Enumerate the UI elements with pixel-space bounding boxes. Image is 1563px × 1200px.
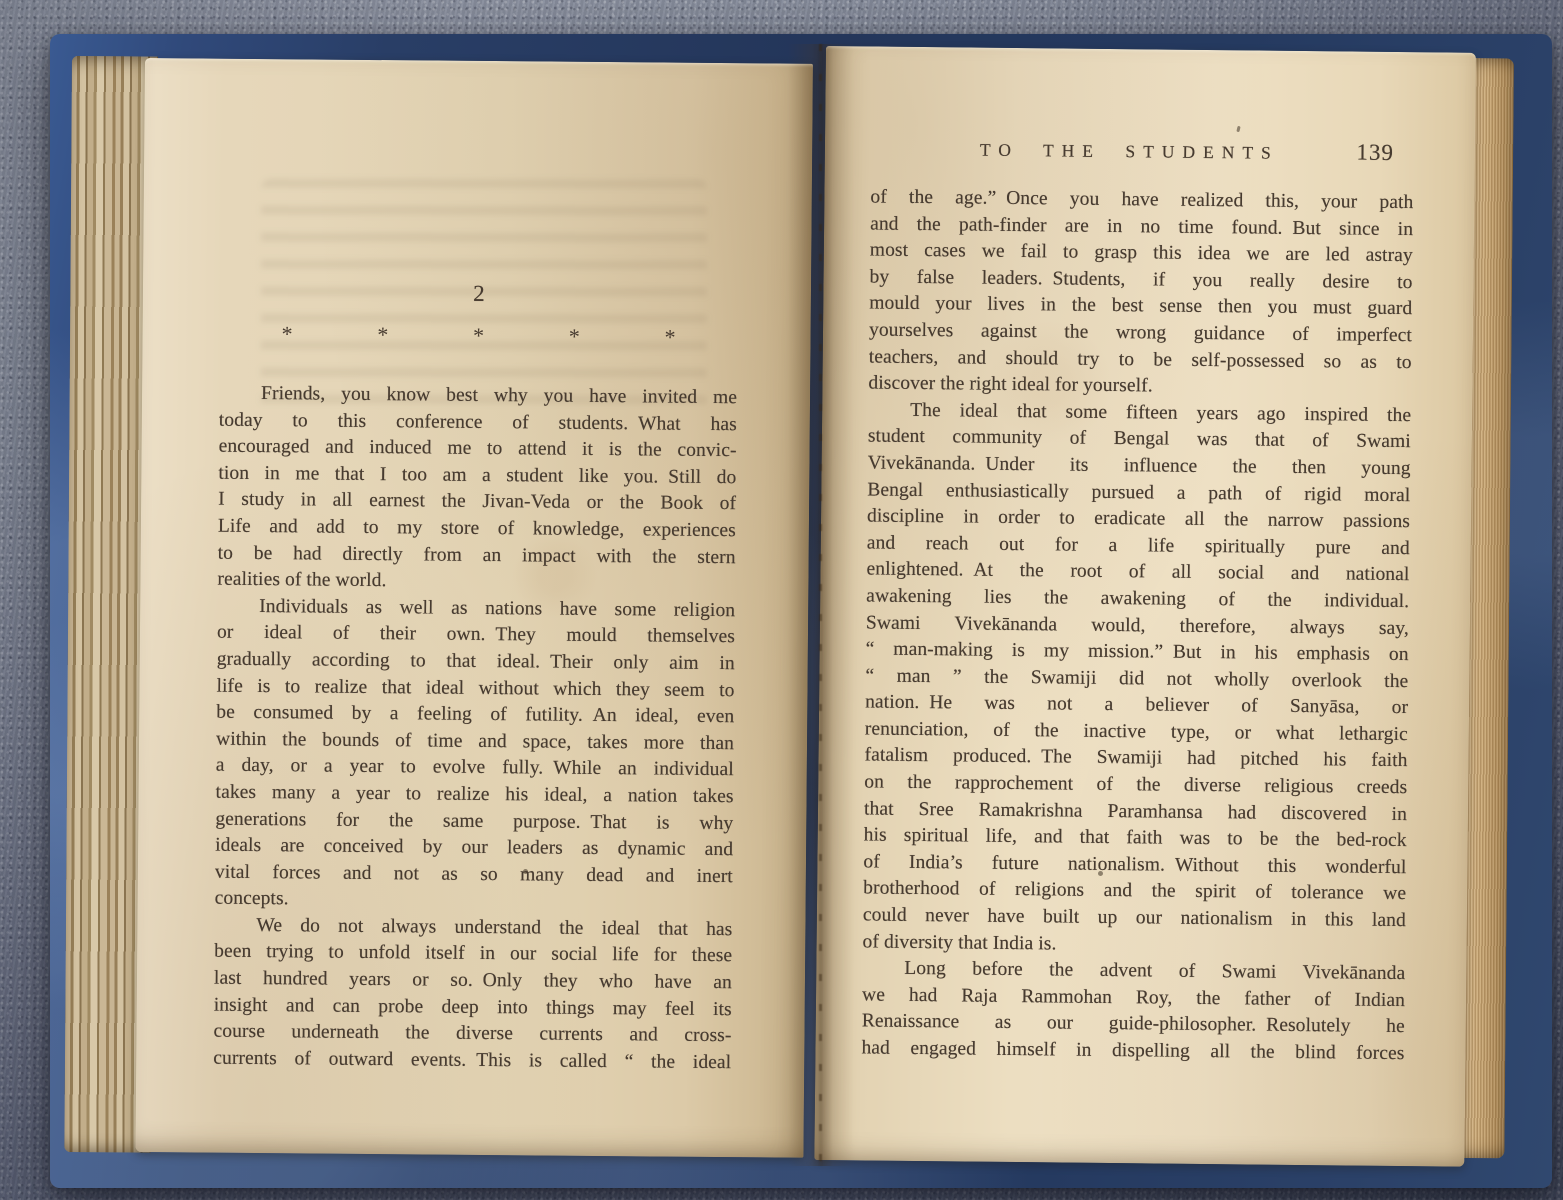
asterisk: * [281, 321, 292, 347]
text-line: currents of outward events. This is call… [213, 1045, 731, 1076]
ink-speck [523, 869, 528, 874]
paragraph: Individuals as well as nations have some… [215, 593, 736, 917]
text-line: Life and add to my store of knowledge, e… [218, 514, 736, 545]
text-line: Friends, you know best why you have invi… [219, 381, 737, 412]
right-page-text: of the age.” Once you have realized this… [861, 184, 1413, 1067]
book-photo: 2 ***** Friends, you know best why you h… [0, 0, 1563, 1200]
asterisk: * [664, 325, 675, 351]
paragraph: The ideal that some fifteen years ago in… [862, 397, 1411, 961]
asterisk: * [473, 323, 484, 349]
right-page: TO THE STUDENTS 139 of the age.” Once yo… [814, 46, 1476, 1167]
section-number: 2 [220, 279, 738, 310]
text-line: gradually according to that ideal. Their… [217, 647, 735, 678]
text-line: had engaged himself in dispelling all th… [861, 1035, 1404, 1067]
left-page: 2 ***** Friends, you know best why you h… [135, 58, 813, 1158]
text-line: be consumed by a feeling of futility. An… [216, 700, 734, 731]
text-line: encouraged and induced me to attend it i… [218, 434, 736, 465]
paragraph: of the age.” Once you have realized this… [868, 184, 1413, 402]
running-header-title: TO THE STUDENTS [871, 138, 1414, 165]
left-page-text: Friends, you know best why you have invi… [213, 381, 737, 1077]
asterisk-separator: ***** [219, 321, 737, 352]
asterisk: * [569, 324, 580, 350]
running-head: TO THE STUDENTS 139 [871, 138, 1414, 165]
paragraph: Long before the advent of Swami Vivekāna… [861, 956, 1405, 1068]
paragraph: We do not always understand the ideal th… [213, 913, 732, 1077]
paragraph: Friends, you know best why you have invi… [217, 381, 737, 598]
text-line: last hundred years or so. Only they who … [214, 966, 732, 997]
page-number: 139 [1356, 140, 1394, 166]
text-line: takes many a year to realize his ideal, … [215, 780, 733, 811]
text-line: vital forces and not as so many dead and… [215, 859, 733, 890]
ink-speck [1098, 871, 1103, 876]
asterisk: * [377, 322, 388, 348]
text-line: realities of the world. [217, 567, 735, 598]
text-line: ideals are conceived by our leaders as d… [215, 833, 733, 864]
